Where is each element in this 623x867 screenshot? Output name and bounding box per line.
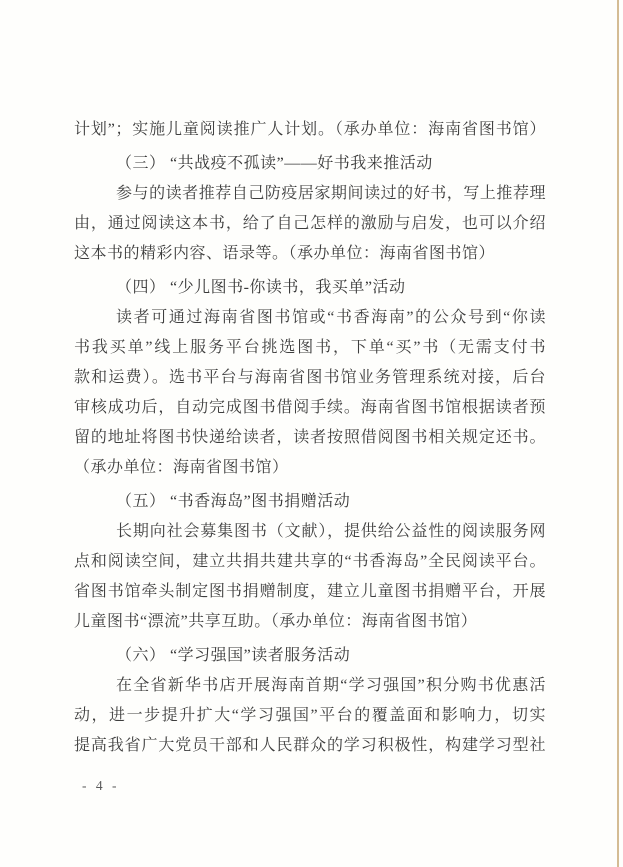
section-heading-4: （四） “少儿图书-你读书，我买单”活动 bbox=[74, 273, 546, 303]
text-line: 儿童图书“漂流”共享互助。（承办单位：海南省图书馆） bbox=[74, 607, 546, 637]
text-line: 这本书的精彩内容、语录等。（承办单位：海南省图书馆） bbox=[74, 239, 546, 269]
text-line: （承办单位：海南省图书馆） bbox=[74, 453, 546, 483]
scanned-document-page: 计划”；实施儿童阅读推广人计划。（承办单位：海南省图书馆） （三） “共战疫不孤… bbox=[0, 0, 623, 867]
text-line: 参与的读者推荐自己防疫居家期间读过的好书，写上推荐理 bbox=[74, 179, 546, 209]
text-line: 留的地址将图书快递给读者，读者按照借阅图书相关规定还书。 bbox=[74, 423, 546, 453]
text-line: 点和阅读空间，建立共捐共建共享的“书香海岛”全民阅读平台。 bbox=[74, 547, 546, 577]
text-line: 读者可通过海南省图书馆或“书香海南”的公众号到“你读 bbox=[74, 303, 546, 333]
text-line: 书我买单”线上服务平台挑选图书，下单“买”书（无需支付书 bbox=[74, 333, 546, 363]
text-line: 动，进一步提升扩大“学习强国”平台的覆盖面和影响力，切实 bbox=[74, 701, 546, 731]
document-text-block: 计划”；实施儿童阅读推广人计划。（承办单位：海南省图书馆） （三） “共战疫不孤… bbox=[74, 115, 546, 761]
page-number: - 4 - bbox=[82, 778, 120, 794]
text-line: 提高我省广大党员干部和人民群众的学习积极性，构建学习型社 bbox=[74, 731, 546, 761]
section-heading-5: （五） “书香海岛”图书捐赠活动 bbox=[74, 487, 546, 517]
section-heading-3: （三） “共战疫不孤读”——好书我来推活动 bbox=[74, 149, 546, 179]
text-line: 款和运费）。选书平台与海南省图书馆业务管理系统对接，后台 bbox=[74, 363, 546, 393]
text-line: 省图书馆牵头制定图书捐赠制度，建立儿童图书捐赠平台，开展 bbox=[74, 577, 546, 607]
scan-edge-line bbox=[617, 0, 619, 867]
text-line: 在全省新华书店开展海南首期“学习强国”积分购书优惠活 bbox=[74, 671, 546, 701]
section-heading-6: （六） “学习强国”读者服务活动 bbox=[74, 641, 546, 671]
text-line: 审核成功后，自动完成图书借阅手续。海南省图书馆根据读者预 bbox=[74, 393, 546, 423]
text-line: 计划”；实施儿童阅读推广人计划。（承办单位：海南省图书馆） bbox=[74, 115, 546, 145]
text-line: 由，通过阅读这本书，给了自己怎样的激励与启发，也可以介绍 bbox=[74, 209, 546, 239]
text-line: 长期向社会募集图书（文献），提供给公益性的阅读服务网 bbox=[74, 517, 546, 547]
